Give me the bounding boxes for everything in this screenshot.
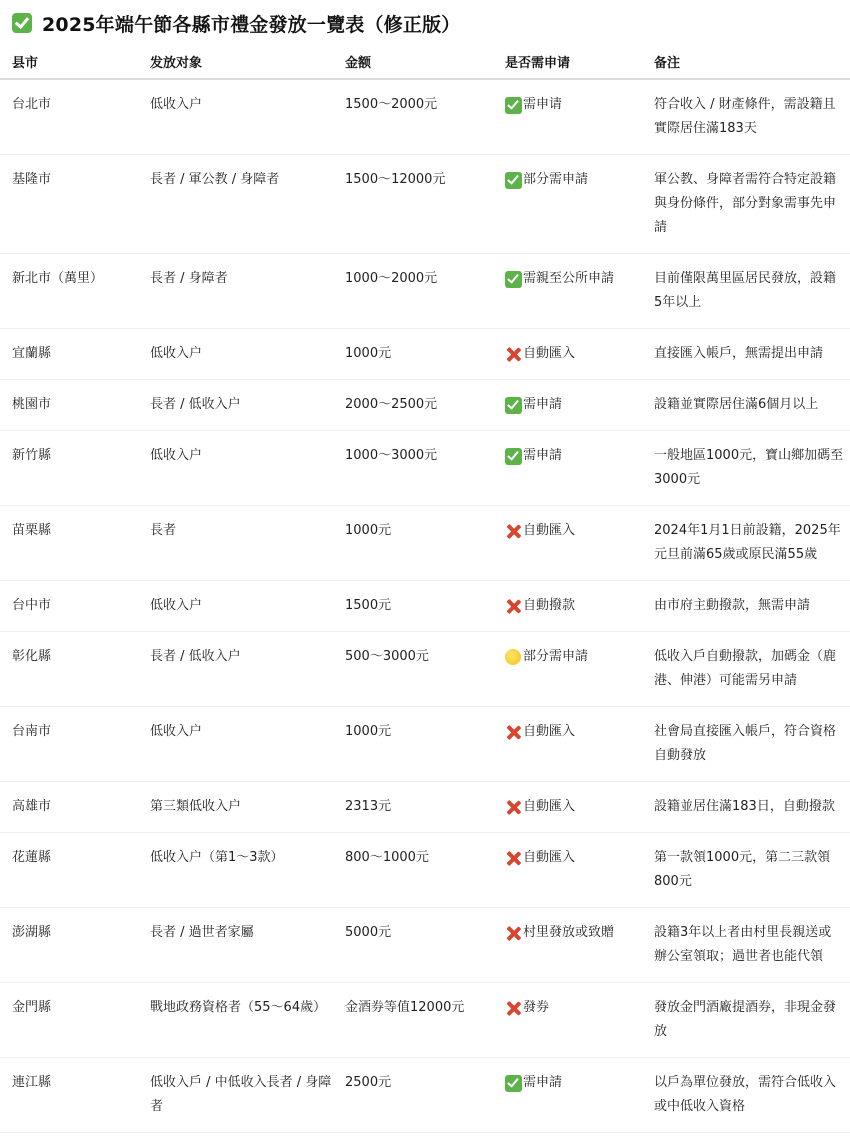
status-text: 需申請 (523, 393, 562, 417)
status-text: 自動匯入 (523, 720, 575, 744)
cell-amount: 500～3000元 (333, 632, 493, 707)
check-mark-icon (505, 1075, 522, 1092)
cell-amount: 800～1000元 (333, 833, 493, 908)
cell-note: 設籍並居住滿183日，自動撥款 (642, 782, 850, 833)
check-mark-icon (505, 97, 522, 114)
cell-note: 設籍並實際居住滿6個月以上 (642, 380, 850, 431)
cross-mark-icon (505, 799, 522, 816)
cell-county: 基隆市 (0, 155, 138, 254)
page-title: 2025年端午節各縣市禮金發放一覽表（修正版） (12, 8, 460, 38)
header-amount: 金额 (333, 44, 493, 79)
cell-note: 由市府主動撥款，無需申請 (642, 581, 850, 632)
cell-note: 軍公教、身障者需符合特定設籍與身份條件，部分對象需事先申請 (642, 155, 850, 254)
cell-county: 新竹縣 (0, 431, 138, 506)
cell-note: 目前僅限萬里區居民發放，設籍5年以上 (642, 254, 850, 329)
cell-amount: 1500～2000元 (333, 79, 493, 155)
table-row: 苗栗縣長者1000元自動匯入2024年1月1日前設籍，2025年元旦前滿65歲或… (0, 506, 850, 581)
check-mark-icon (505, 397, 522, 414)
table-row: 台南市低收入户1000元自動匯入社會局直接匯入帳戶，符合資格自動發放 (0, 707, 850, 782)
cell-county: 台中市 (0, 581, 138, 632)
cross-mark-icon (505, 925, 522, 942)
cell-note: 2024年1月1日前設籍，2025年元旦前滿65歲或原民滿55歲 (642, 506, 850, 581)
cell-target: 長者 / 低收入户 (138, 380, 333, 431)
cell-application: 村里發放或致贈 (493, 908, 642, 983)
cell-application: 部分需申請 (493, 632, 642, 707)
cell-county: 新北市（萬里） (0, 254, 138, 329)
table-row: 花蓮縣低收入户（第1～3款）800～1000元自動匯入第一款領1000元，第二三… (0, 833, 850, 908)
cell-application: 需申請 (493, 380, 642, 431)
header-note: 备注 (642, 44, 850, 79)
cell-county: 花蓮縣 (0, 833, 138, 908)
status-text: 自動匯入 (523, 795, 575, 819)
cell-note: 設籍3年以上者由村里長親送或辦公室領取；過世者也能代領 (642, 908, 850, 983)
cell-target: 長者 (138, 506, 333, 581)
cell-application: 發券 (493, 983, 642, 1058)
table-row: 高雄市第三類低收入户2313元自動匯入設籍並居住滿183日，自動撥款 (0, 782, 850, 833)
table-row: 新竹縣低收入户1000～3000元需申請一般地區1000元，寶山鄉加碼至3000… (0, 431, 850, 506)
yellow-circle-icon (505, 649, 521, 665)
cell-county: 苗栗縣 (0, 506, 138, 581)
table-row: 澎湖縣長者 / 過世者家屬5000元村里發放或致贈設籍3年以上者由村里長親送或辦… (0, 908, 850, 983)
cross-mark-icon (505, 724, 522, 741)
cell-application: 自動匯入 (493, 506, 642, 581)
cell-county: 彰化縣 (0, 632, 138, 707)
table-row: 宜蘭縣低收入户1000元自動匯入直接匯入帳戶，無需提出申請 (0, 329, 850, 380)
cell-application: 需申请 (493, 79, 642, 155)
cell-application: 自動匯入 (493, 833, 642, 908)
check-mark-icon (505, 172, 522, 189)
cell-target: 戰地政務資格者（55～64歲） (138, 983, 333, 1058)
table-header-row: 县市 发放对象 金额 是否需申请 备注 (0, 44, 850, 79)
cell-amount: 1000元 (333, 506, 493, 581)
status-text: 需申请 (523, 93, 562, 117)
check-mark-icon (505, 271, 522, 288)
cell-amount: 1500～12000元 (333, 155, 493, 254)
table-row: 新北市（萬里）長者 / 身障者1000～2000元需親至公所申請目前僅限萬里區居… (0, 254, 850, 329)
cell-amount: 1000元 (333, 707, 493, 782)
cell-target: 長者 / 低收入户 (138, 632, 333, 707)
cell-note: 一般地區1000元，寶山鄉加碼至3000元 (642, 431, 850, 506)
cell-amount: 1000元 (333, 329, 493, 380)
table-row: 基隆市長者 / 軍公教 / 身障者1500～12000元部分需申請軍公教、身障者… (0, 155, 850, 254)
table-row: 連江縣低收入戶 / 中低收入長者 / 身障者2500元需申請以戶為單位發放，需符… (0, 1058, 850, 1133)
cell-target: 低收入户 (138, 79, 333, 155)
cell-county: 高雄市 (0, 782, 138, 833)
cell-application: 自動匯入 (493, 707, 642, 782)
cell-target: 低收入户 (138, 707, 333, 782)
subsidy-table: 县市 发放对象 金额 是否需申请 备注 台北市低收入户1500～2000元需申请… (0, 44, 850, 1133)
cell-application: 自動匯入 (493, 782, 642, 833)
cell-county: 澎湖縣 (0, 908, 138, 983)
cell-county: 金門縣 (0, 983, 138, 1058)
cell-amount: 5000元 (333, 908, 493, 983)
cell-target: 長者 / 過世者家屬 (138, 908, 333, 983)
status-text: 需申請 (523, 1071, 562, 1095)
table-body: 台北市低收入户1500～2000元需申请符合收入 / 財產條件，需設籍且實際居住… (0, 79, 850, 1133)
cell-application: 需親至公所申請 (493, 254, 642, 329)
cell-county: 台北市 (0, 79, 138, 155)
cell-note: 以戶為單位發放，需符合低收入或中低收入資格 (642, 1058, 850, 1133)
cell-application: 部分需申請 (493, 155, 642, 254)
cell-amount: 2000～2500元 (333, 380, 493, 431)
cross-mark-icon (505, 523, 522, 540)
table-row: 桃園市長者 / 低收入户2000～2500元需申請設籍並實際居住滿6個月以上 (0, 380, 850, 431)
cell-target: 低收入户 (138, 581, 333, 632)
cell-application: 自動匯入 (493, 329, 642, 380)
cell-amount: 2313元 (333, 782, 493, 833)
cell-target: 長者 / 身障者 (138, 254, 333, 329)
cell-target: 低收入戶 / 中低收入長者 / 身障者 (138, 1058, 333, 1133)
cell-amount: 2500元 (333, 1058, 493, 1133)
cell-amount: 1500元 (333, 581, 493, 632)
cell-note: 第一款領1000元，第二三款領800元 (642, 833, 850, 908)
check-mark-icon (12, 13, 32, 33)
status-text: 部分需申請 (523, 168, 588, 192)
cell-target: 低收入户 (138, 431, 333, 506)
cell-application: 需申請 (493, 1058, 642, 1133)
cell-target: 長者 / 軍公教 / 身障者 (138, 155, 333, 254)
table-row: 台中市低收入户1500元自動撥款由市府主動撥款，無需申請 (0, 581, 850, 632)
status-text: 自動匯入 (523, 846, 575, 870)
status-text: 需親至公所申請 (523, 267, 614, 291)
cell-county: 桃園市 (0, 380, 138, 431)
cell-amount: 1000～2000元 (333, 254, 493, 329)
cross-mark-icon (505, 598, 522, 615)
status-text: 發券 (523, 996, 549, 1020)
cross-mark-icon (505, 850, 522, 867)
header-county: 县市 (0, 44, 138, 79)
status-text: 部分需申請 (523, 645, 588, 669)
cell-county: 連江縣 (0, 1058, 138, 1133)
header-application: 是否需申请 (493, 44, 642, 79)
cell-amount: 1000～3000元 (333, 431, 493, 506)
cell-county: 台南市 (0, 707, 138, 782)
status-text: 村里發放或致贈 (523, 921, 614, 945)
cross-mark-icon (505, 1000, 522, 1017)
cell-note: 符合收入 / 財產條件，需設籍且實際居住滿183天 (642, 79, 850, 155)
cell-note: 直接匯入帳戶，無需提出申請 (642, 329, 850, 380)
cell-amount: 金酒券等值12000元 (333, 983, 493, 1058)
table-row: 彰化縣長者 / 低收入户500～3000元部分需申請低收入戶自動撥款，加碼金（鹿… (0, 632, 850, 707)
header-target: 发放对象 (138, 44, 333, 79)
cell-target: 低收入户（第1～3款） (138, 833, 333, 908)
cross-mark-icon (505, 346, 522, 363)
status-text: 自動撥款 (523, 594, 575, 618)
table-row: 台北市低收入户1500～2000元需申请符合收入 / 財產條件，需設籍且實際居住… (0, 79, 850, 155)
cell-target: 第三類低收入户 (138, 782, 333, 833)
check-mark-icon (505, 448, 522, 465)
page-title-text: 2025年端午節各縣市禮金發放一覽表（修正版） (42, 10, 460, 37)
cell-note: 社會局直接匯入帳戶，符合資格自動發放 (642, 707, 850, 782)
table-row: 金門縣戰地政務資格者（55～64歲）金酒券等值12000元發券發放金門酒廠提酒券… (0, 983, 850, 1058)
cell-application: 需申請 (493, 431, 642, 506)
cell-application: 自動撥款 (493, 581, 642, 632)
status-text: 自動匯入 (523, 519, 575, 543)
cell-note: 發放金門酒廠提酒券，非現金發放 (642, 983, 850, 1058)
status-text: 自動匯入 (523, 342, 575, 366)
cell-note: 低收入戶自動撥款，加碼金（鹿港、伸港）可能需另申請 (642, 632, 850, 707)
cell-county: 宜蘭縣 (0, 329, 138, 380)
cell-target: 低收入户 (138, 329, 333, 380)
status-text: 需申請 (523, 444, 562, 468)
